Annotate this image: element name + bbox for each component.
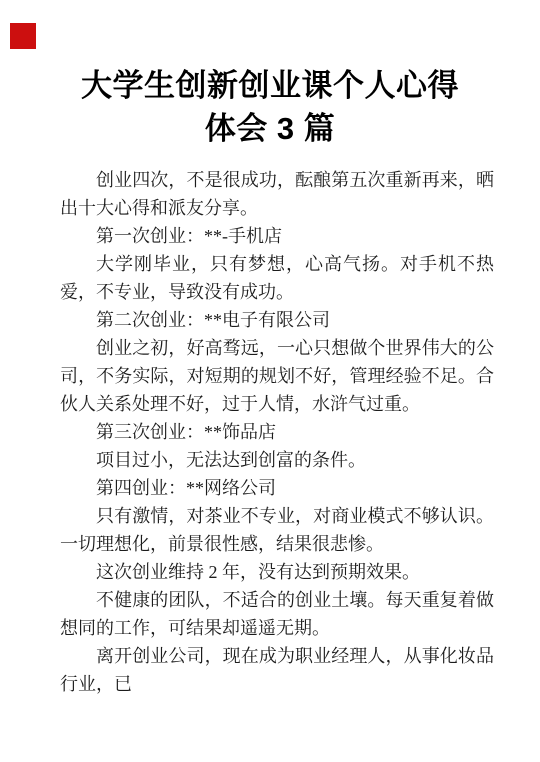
paragraph: 项目过小，无法达到创富的条件。 — [60, 446, 494, 474]
document-page: 大学生创新创业课个人心得 体会 3 篇 创业四次，不是很成功，酝酿第五次重新再来… — [0, 0, 540, 762]
document-title: 大学生创新创业课个人心得 体会 3 篇 — [20, 64, 520, 150]
paragraph: 创业之初，好高骛远，一心只想做个世界伟大的公司，不务实际，对短期的规划不好，管理… — [60, 334, 494, 418]
paragraph: 大学刚毕业，只有梦想，心高气扬。对手机不热爱，不专业，导致没有成功。 — [60, 250, 494, 306]
paragraph: 第二次创业：**电子有限公司 — [60, 306, 494, 334]
paragraph: 第四创业：**网络公司 — [60, 474, 494, 502]
paragraph: 第三次创业：**饰品店 — [60, 418, 494, 446]
paragraph: 离开创业公司，现在成为职业经理人，从事化妆品行业，已 — [60, 642, 494, 698]
paragraph: 第一次创业：**-手机店 — [60, 222, 494, 250]
paragraph: 这次创业维持 2 年，没有达到预期效果。 — [60, 558, 494, 586]
title-line-1: 大学生创新创业课个人心得 — [20, 64, 520, 107]
document-body: 创业四次，不是很成功，酝酿第五次重新再来，晒出十大心得和派友分享。第一次创业：*… — [60, 166, 494, 698]
red-corner-marker — [10, 23, 36, 49]
paragraph: 创业四次，不是很成功，酝酿第五次重新再来，晒出十大心得和派友分享。 — [60, 166, 494, 222]
title-line-2: 体会 3 篇 — [20, 107, 520, 150]
paragraph: 只有激情，对茶业不专业，对商业模式不够认识。一切理想化，前景很性感，结果很悲惨。 — [60, 502, 494, 558]
paragraph: 不健康的团队，不适合的创业土壤。每天重复着做想同的工作，可结果却遥遥无期。 — [60, 586, 494, 642]
